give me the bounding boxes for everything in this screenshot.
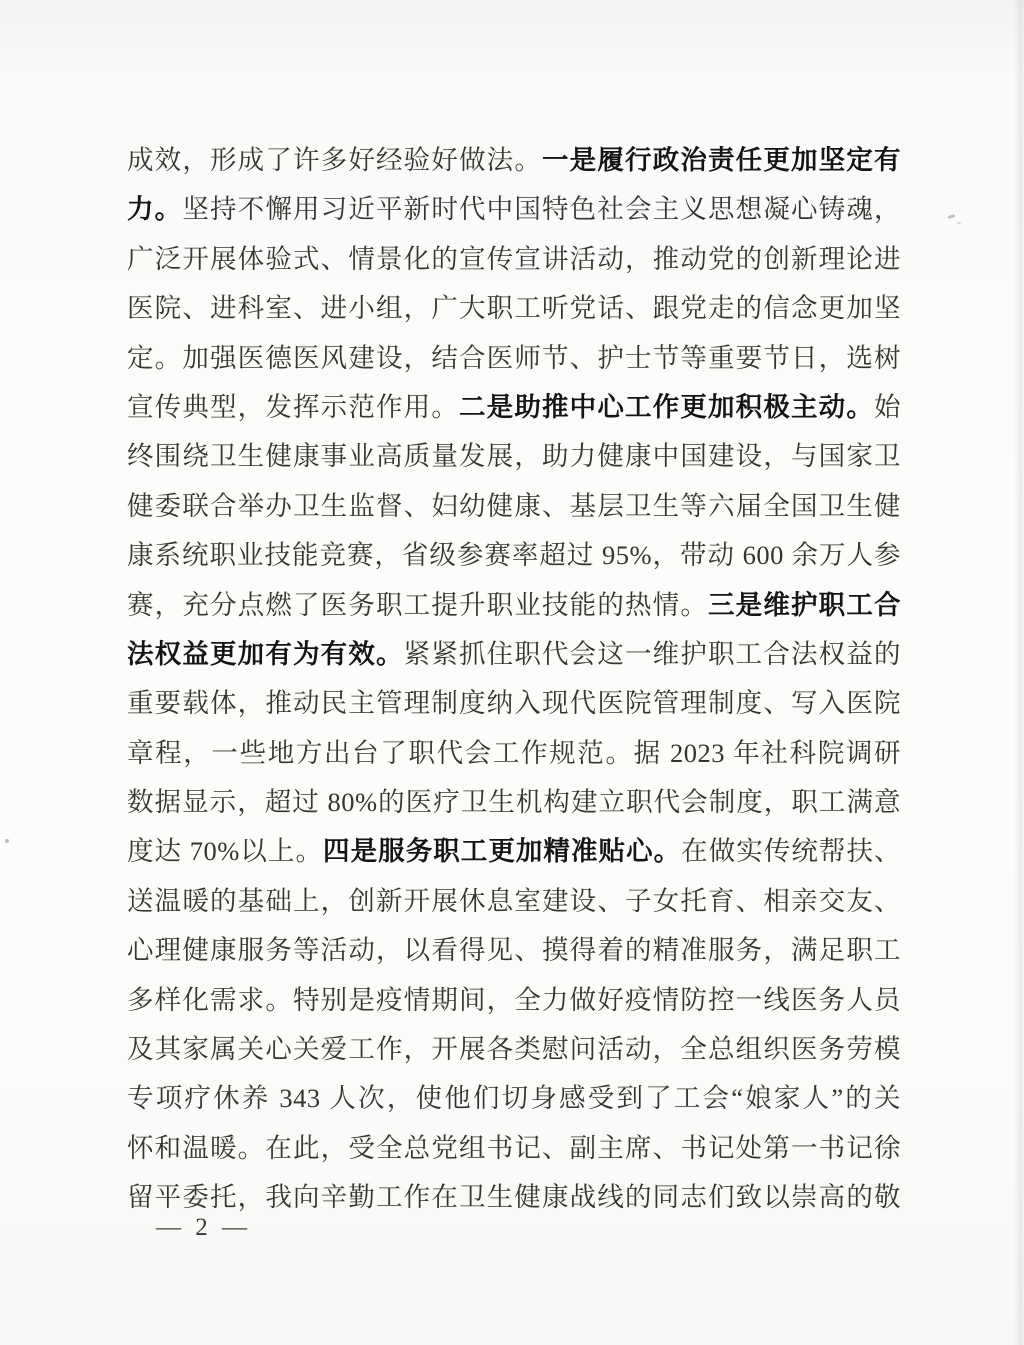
- emphasis-segment: 力。: [127, 194, 182, 224]
- text-line: 广泛开展体验式、情景化的宣传宣讲活动，推动党的创新理论进: [127, 240, 901, 289]
- text-segment: 多样化需求。特别是疫情期间，全力做好疫情防控一线医务人员: [127, 985, 901, 1015]
- emphasis-segment: 二是助推中心工作更加积极主动。: [459, 392, 874, 422]
- text-block: 成效，形成了许多好经验好做法。一是履行政治责任更加坚定有力。坚持不懈用习近平新时…: [127, 141, 901, 1228]
- text-line: 定。加强医德医风建设，结合医师节、护士节等重要节日，选树: [127, 339, 901, 388]
- text-segment: 送温暖的基础上，创新开展休息室建设、子女托育、相亲交友、: [127, 886, 901, 916]
- text-segment: 章程，一些地方出台了职代会工作规范。据 2023 年社科院调研: [127, 738, 901, 768]
- text-line: 成效，形成了许多好经验好做法。一是履行政治责任更加坚定有: [127, 141, 901, 190]
- text-segment: 紧紧抓住职代会这一维护职工合法权益的: [404, 639, 901, 669]
- text-segment: 医院、进科室、进小组，广大职工听党话、跟党走的信念更加坚: [127, 293, 901, 323]
- emphasis-segment: 三是维护职工合: [708, 590, 901, 620]
- text-segment: 数据显示，超过 80%的医疗卫生机构建立职代会制度，职工满意: [127, 787, 901, 817]
- text-line: 心理健康服务等活动，以看得见、摸得着的精准服务，满足职工: [127, 931, 901, 980]
- text-segment: 度达 70%以上。: [127, 836, 323, 866]
- text-line: 数据显示，超过 80%的医疗卫生机构建立职代会制度，职工满意: [127, 783, 901, 832]
- text-line: 及其家属关心关爱工作，开展各类慰问活动，全总组织医务劳模: [127, 1030, 901, 1079]
- text-segment: 留平委托，我向辛勤工作在卫生健康战线的同志们致以崇高的敬: [127, 1182, 901, 1212]
- text-line: 康系统职业技能竞赛，省级参赛率超过 95%，带动 600 余万人参: [127, 536, 901, 585]
- text-segment: 成效，形成了许多好经验好做法。: [127, 145, 542, 175]
- emphasis-segment: 法权益更加有为有效。: [127, 639, 404, 669]
- scan-speck: [957, 222, 961, 224]
- text-segment: 专项疗休养 343 人次，使他们切身感受到了工会“娘家人”的关: [127, 1083, 901, 1113]
- text-line: 健委联合举办卫生监督、妇幼健康、基层卫生等六届全国卫生健: [127, 487, 901, 536]
- text-line: 度达 70%以上。四是服务职工更加精准贴心。在做实传统帮扶、: [127, 832, 901, 881]
- text-line: 送温暖的基础上，创新开展休息室建设、子女托育、相亲交友、: [127, 882, 901, 931]
- text-segment: 宣传典型，发挥示范作用。: [127, 392, 459, 422]
- scanned-document-page: 成效，形成了许多好经验好做法。一是履行政治责任更加坚定有力。坚持不懈用习近平新时…: [0, 0, 1024, 1345]
- text-line: 力。坚持不懈用习近平新时代中国特色社会主义思想凝心铸魂，: [127, 190, 901, 239]
- text-line: 终围绕卫生健康事业高质量发展，助力健康中国建设，与国家卫: [127, 437, 901, 486]
- text-line: 宣传典型，发挥示范作用。二是助推中心工作更加积极主动。始: [127, 388, 901, 437]
- text-line: 赛，充分点燃了医务职工提升职业技能的热情。三是维护职工合: [127, 586, 901, 635]
- text-line: 章程，一些地方出台了职代会工作规范。据 2023 年社科院调研: [127, 734, 901, 783]
- text-line: 专项疗休养 343 人次，使他们切身感受到了工会“娘家人”的关: [127, 1079, 901, 1128]
- text-line: 法权益更加有为有效。紧紧抓住职代会这一维护职工合法权益的: [127, 635, 901, 684]
- text-line: 重要载体，推动民主管理制度纳入现代医院管理制度、写入医院: [127, 684, 901, 733]
- text-segment: 及其家属关心关爱工作，开展各类慰问活动，全总组织医务劳模: [127, 1034, 901, 1064]
- text-segment: 健委联合举办卫生监督、妇幼健康、基层卫生等六届全国卫生健: [127, 491, 901, 521]
- text-segment: 赛，充分点燃了医务职工提升职业技能的热情。: [127, 590, 708, 620]
- emphasis-segment: 四是服务职工更加精准贴心。: [323, 836, 681, 866]
- text-segment: 重要载体，推动民主管理制度纳入现代医院管理制度、写入医院: [127, 688, 901, 718]
- text-segment: 广泛开展体验式、情景化的宣传宣讲活动，推动党的创新理论进: [127, 244, 901, 274]
- text-line: 怀和温暖。在此，受全总党组书记、副主席、书记处第一书记徐: [127, 1129, 901, 1178]
- text-segment: 康系统职业技能竞赛，省级参赛率超过 95%，带动 600 余万人参: [127, 540, 901, 570]
- page-number: — 2 —: [156, 1214, 251, 1242]
- text-segment: 终围绕卫生健康事业高质量发展，助力健康中国建设，与国家卫: [127, 441, 901, 471]
- text-segment: 定。加强医德医风建设，结合医师节、护士节等重要节日，选树: [127, 343, 901, 373]
- text-segment: 在做实传统帮扶、: [681, 836, 901, 866]
- text-line: 医院、进科室、进小组，广大职工听党话、跟党走的信念更加坚: [127, 289, 901, 338]
- emphasis-segment: 一是履行政治责任更加坚定有: [542, 145, 901, 175]
- text-segment: 坚持不懈用习近平新时代中国特色社会主义思想凝心铸魂，: [182, 194, 901, 224]
- text-segment: 心理健康服务等活动，以看得见、摸得着的精准服务，满足职工: [127, 935, 901, 965]
- scan-speck: [948, 214, 956, 219]
- text-line: 多样化需求。特别是疫情期间，全力做好疫情防控一线医务人员: [127, 981, 901, 1030]
- text-segment: 怀和温暖。在此，受全总党组书记、副主席、书记处第一书记徐: [127, 1133, 901, 1163]
- scan-edge-shadow: [1014, 0, 1024, 1345]
- text-segment: 始: [874, 392, 901, 422]
- scan-speck: [5, 839, 9, 843]
